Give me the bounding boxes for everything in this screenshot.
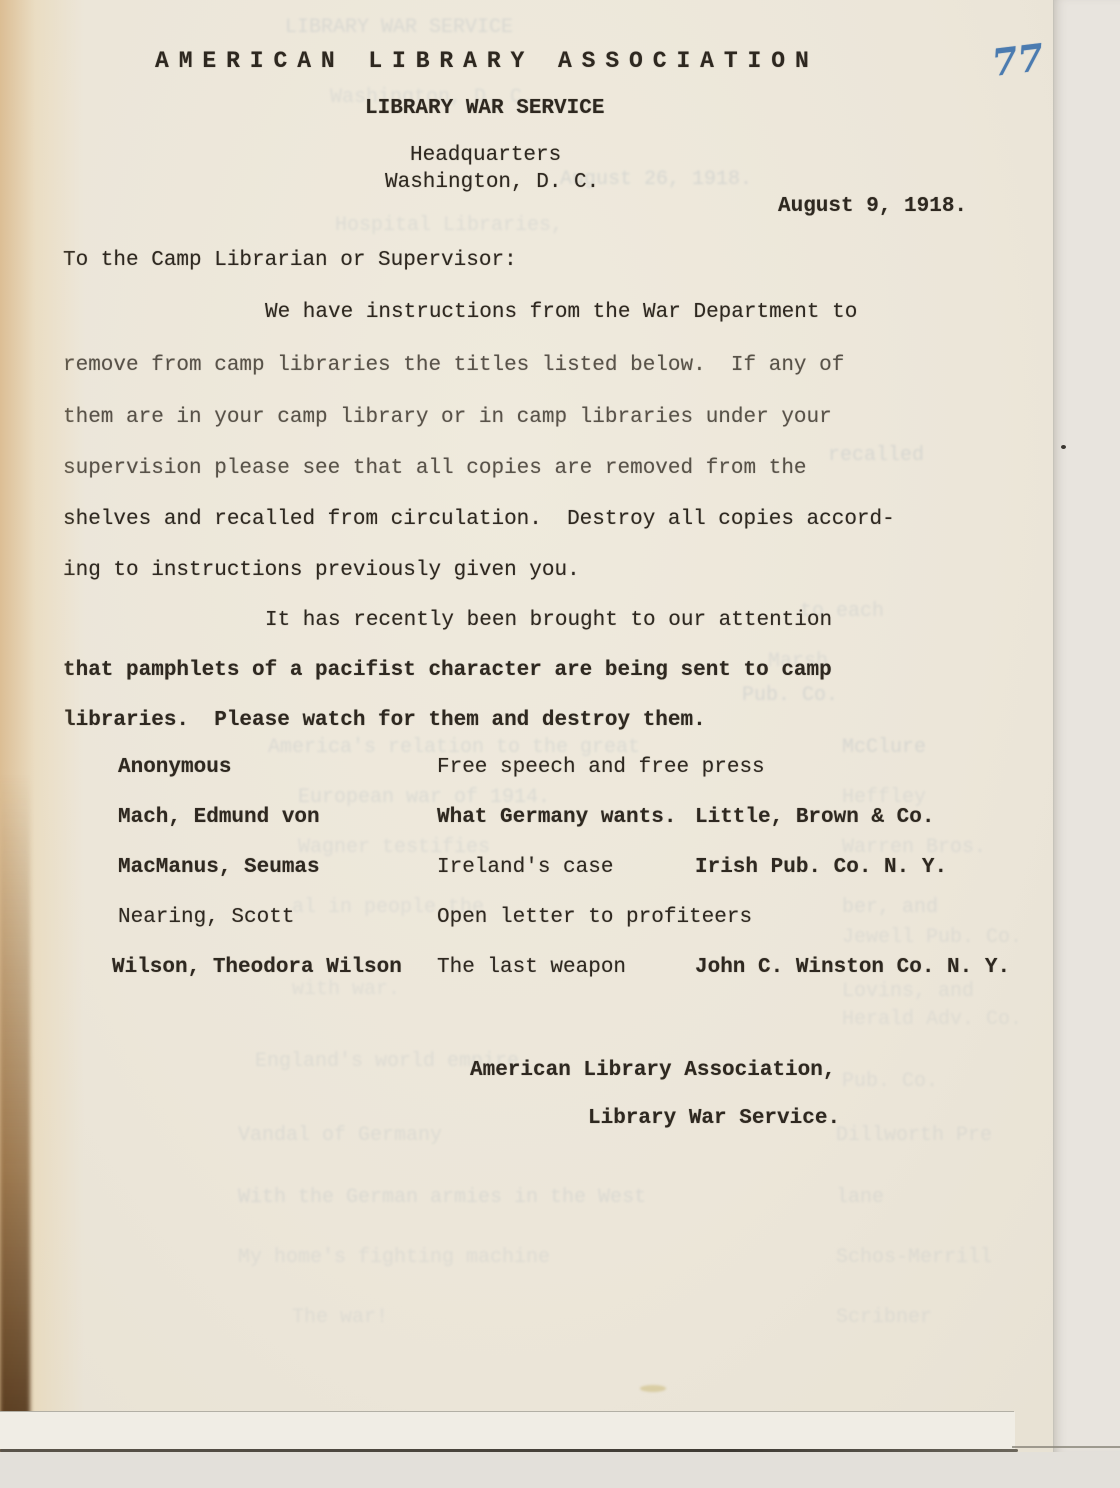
page-bottom-edge: [0, 1449, 1018, 1452]
body-line: them are in your camp library or in camp…: [63, 405, 832, 431]
ghost-text: Scribner: [836, 1306, 932, 1329]
ghost-text: Pub. Co.: [742, 684, 838, 707]
handwritten-page-number: 77: [990, 35, 1046, 85]
page-bottom-edge-right: [1012, 1446, 1120, 1448]
body-line: It has recently been brought to our atte…: [265, 608, 832, 634]
ghost-text: LIBRARY WAR SERVICE: [285, 16, 513, 39]
letter-date: August 9, 1918.: [778, 194, 967, 220]
paper-stain: [640, 1385, 666, 1392]
book-publisher: John C. Winston Co. N. Y.: [695, 955, 1010, 981]
body-line: supervision please see that all copies a…: [63, 456, 807, 482]
signature-organization: American Library Association,: [470, 1058, 835, 1084]
right-page-edge: [1053, 0, 1120, 1452]
body-line: that pamphlets of a pacifist character a…: [63, 658, 832, 684]
book-author: Wilson, Theodora Wilson: [112, 955, 402, 981]
book-title: Open letter to profiteers: [437, 905, 752, 931]
book-author: Anonymous: [118, 755, 231, 781]
ghost-text: with war.: [292, 978, 400, 1001]
book-title: Ireland's case: [437, 855, 613, 881]
ghost-text: Jewell Pub. Co.: [842, 926, 1022, 949]
book-author: MacManus, Seumas: [118, 855, 320, 881]
ghost-text: The war!: [292, 1306, 388, 1329]
ghost-text: My home's fighting machine: [238, 1246, 550, 1269]
ghost-text: Schos-Merrill: [836, 1246, 992, 1269]
body-line: ing to instructions previously given you…: [63, 558, 580, 584]
underlying-page-area: [0, 1452, 1120, 1488]
left-edge-shadow: [0, 774, 30, 1488]
ghost-text: Vandal of Germany: [238, 1124, 442, 1147]
paper-speck: [1061, 445, 1066, 449]
ghost-text: recalled: [828, 444, 924, 467]
bottom-fold-band: [0, 1412, 1015, 1449]
book-title: What Germany wants.: [437, 805, 676, 831]
body-line: We have instructions from the War Depart…: [265, 300, 857, 326]
ghost-text: Herald Adv. Co.: [842, 1008, 1022, 1031]
letterhead-headquarters: Headquarters: [410, 143, 561, 169]
ghost-text: Lovins, and: [842, 980, 974, 1003]
ghost-text: McClure: [842, 736, 926, 759]
book-title: Free speech and free press: [437, 755, 765, 781]
book-author: Nearing, Scott: [118, 905, 294, 931]
salutation: To the Camp Librarian or Supervisor:: [63, 248, 517, 274]
book-publisher: Little, Brown & Co.: [695, 805, 934, 831]
ghost-text: lane: [836, 1186, 884, 1209]
book-publisher: Irish Pub. Co. N. Y.: [695, 855, 947, 881]
bottom-fold-line: [0, 1411, 1014, 1412]
book-author: Mach, Edmund von: [118, 805, 320, 831]
ghost-text: With the German armies in the West: [238, 1186, 646, 1209]
letterhead-service: LIBRARY WAR SERVICE: [365, 96, 604, 122]
book-title: The last weapon: [437, 955, 626, 981]
ghost-text: ber, and: [842, 896, 938, 919]
signature-service: Library War Service.: [588, 1106, 840, 1132]
scanned-letter-page: LIBRARY WAR SERVICE Washington, D. C. Au…: [0, 0, 1120, 1488]
letterhead-city: Washington, D. C.: [385, 170, 599, 196]
body-line: remove from camp libraries the titles li…: [63, 353, 844, 379]
left-edge-stain: [0, 0, 84, 1488]
ghost-text: Pub. Co.: [842, 1070, 938, 1093]
ghost-text: Dillworth Pre: [836, 1124, 992, 1147]
ghost-text: Hospital Libraries,: [335, 214, 563, 237]
body-line: libraries. Please watch for them and des…: [63, 708, 706, 734]
letterhead-organization: AMERICAN LIBRARY ASSOCIATION: [155, 48, 819, 74]
body-line: shelves and recalled from circulation. D…: [63, 507, 895, 533]
